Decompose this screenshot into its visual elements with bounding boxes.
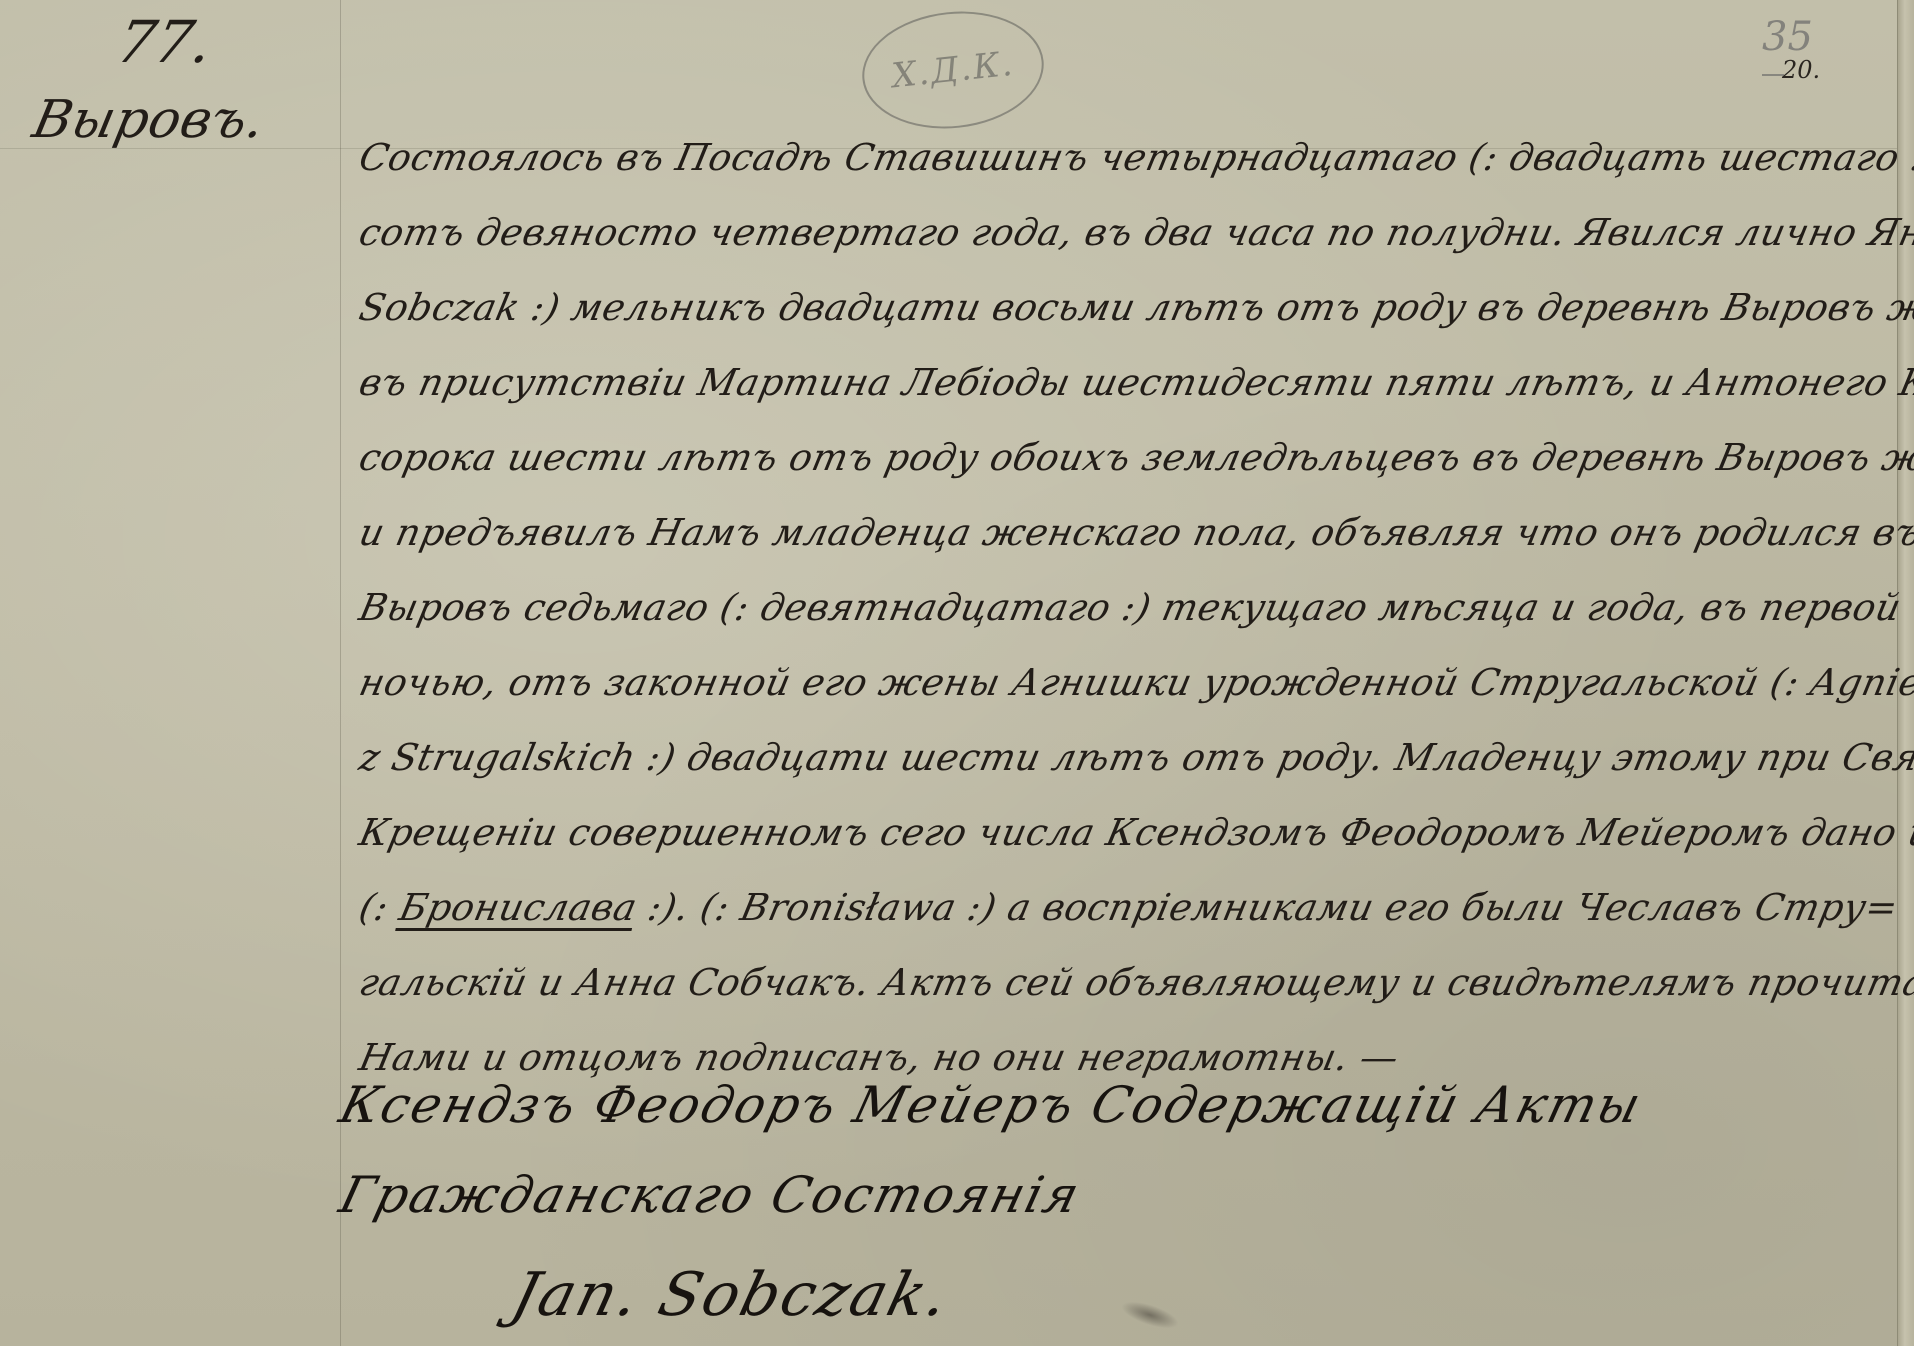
folio-number-ink: 20. bbox=[1782, 56, 1820, 84]
record-body: Состоялось въ Посадѣ Ставишинъ четырнадц… bbox=[352, 120, 1892, 1095]
record-line: Состоялось въ Посадѣ Ставишинъ четырнадц… bbox=[352, 120, 1908, 195]
document-page: 77. Выровъ. Х.Д.К. 35 20. Состоялось въ … bbox=[0, 0, 1914, 1346]
stamp-text: Х.Д.К. bbox=[890, 44, 1016, 97]
father-signature: Jan. Sobczak. bbox=[330, 1240, 1914, 1346]
record-line: Выровъ седьмаго (: девятнадцатаго :) тек… bbox=[352, 570, 1908, 645]
signature-block: Ксендзъ Феодоръ Мейеръ Содержащій Акты Г… bbox=[330, 1060, 1890, 1346]
record-line: z Strugalskich :) двадцати шести лѣтъ от… bbox=[352, 720, 1908, 795]
record-line: ночью, отъ законной его жены Агнишки уро… bbox=[352, 645, 1908, 720]
record-line: въ присутствіи Мартина Лебіоды шестидеся… bbox=[352, 345, 1908, 420]
entry-number: 77. bbox=[112, 12, 219, 72]
record-line: гальскій и Анна Собчакъ. Актъ сей объявл… bbox=[352, 945, 1908, 1020]
record-line: Sobczak :) мельникъ двадцати восьми лѣтъ… bbox=[352, 270, 1908, 345]
given-name-underlined: Брониславa bbox=[396, 886, 641, 929]
record-line-given-name: (: Брониславa :). (: Bronisława :) а вос… bbox=[352, 870, 1908, 945]
archive-stamp: Х.Д.К. bbox=[856, 3, 1049, 137]
record-line: и предъявилъ Намъ младенца женскаго пола… bbox=[352, 495, 1908, 570]
priest-signature-line-1: Ксендзъ Феодоръ Мейеръ Содержащій Акты bbox=[330, 1060, 1912, 1150]
record-line: сорока шести лѣтъ отъ роду обоихъ землед… bbox=[352, 420, 1908, 495]
folio-number-pencil: 35 bbox=[1762, 14, 1813, 60]
record-line: сотъ девяносто четвертаго года, въ два ч… bbox=[352, 195, 1908, 270]
record-line: Крещеніи совершенномъ сего числа Ксендзо… bbox=[352, 795, 1908, 870]
margin-village-name: Выровъ. bbox=[28, 92, 270, 148]
priest-signature-line-2: Гражданскаго Состоянія bbox=[330, 1150, 1912, 1240]
